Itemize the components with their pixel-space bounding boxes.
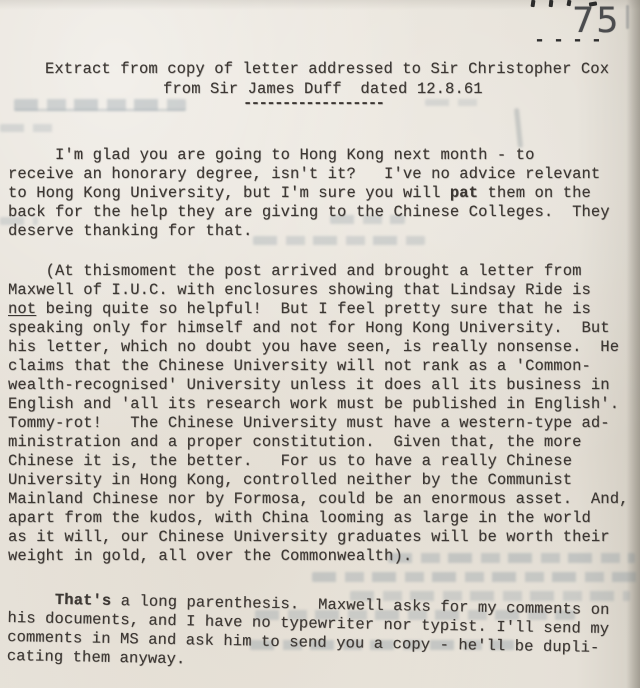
text-line: Tommy-rot! The Chinese University must h…: [8, 414, 638, 433]
text-line: not being quite so helpful! But I feel p…: [8, 300, 638, 319]
text-line: apart from the kudos, with China looming…: [8, 509, 638, 528]
bleed-through-mark: [14, 99, 186, 111]
scan-top-shadow: [0, 0, 640, 10]
text-line: receive an honorary degree, isn't it? I'…: [8, 165, 638, 184]
pencil-squiggle-mark: [514, 108, 523, 148]
text-line: Maxwell of I.U.C. with enclosures showin…: [8, 281, 638, 300]
paragraph-3: That's a long parenthesis. Maxwell asks …: [7, 590, 638, 678]
bleed-through-mark: [0, 124, 55, 132]
pen-tick-mark: [549, 0, 554, 7]
text-line: I'm glad you are going to Hong Kong next…: [8, 146, 638, 165]
text-line: weight in gold, all over the Commonwealt…: [8, 547, 638, 566]
text-line: ministration and a proper constitution. …: [8, 433, 638, 452]
pen-dash-marks: - - - -: [536, 30, 603, 50]
text-line: University in Hong Kong, controlled neit…: [8, 471, 638, 490]
typed-dashed-rule: ------------------: [243, 94, 383, 112]
text-line: speaking only for himself and not for Ho…: [8, 319, 638, 338]
paragraph-1: I'm glad you are going to Hong Kong next…: [8, 146, 638, 241]
text-line: to Hong Kong University, but I'm sure yo…: [8, 184, 638, 203]
text-line: back for the help they are giving to the…: [8, 203, 638, 222]
text-line: Mainland Chinese nor by Formosa, could b…: [8, 490, 638, 509]
paragraph-2: (At thismoment the post arrived and brou…: [8, 262, 638, 566]
text-line: (At thismoment the post arrived and brou…: [8, 262, 638, 281]
text-line: Chinese it is, the better. For us to hav…: [8, 452, 638, 471]
letter-heading-line-1: Extract from copy of letter addressed to…: [45, 60, 609, 78]
text-line: claims that the Chinese University will …: [8, 357, 638, 376]
text-line: as it will, our Chinese University gradu…: [8, 528, 638, 547]
pen-scratch-mark: [626, 5, 629, 29]
letter-body: I'm glad you are going to Hong Kong next…: [8, 146, 638, 666]
text-line: deserve thanking for that.: [8, 222, 638, 241]
text-line: wealth-recognised' University unless it …: [8, 376, 638, 395]
text-line: his letter, which no doubt you have seen…: [8, 338, 638, 357]
scanned-letter-page: 75 - - - - Extract from copy of letter a…: [0, 0, 640, 688]
bleed-through-mark: [425, 99, 485, 106]
text-line: English and 'all its research work must …: [8, 395, 638, 414]
